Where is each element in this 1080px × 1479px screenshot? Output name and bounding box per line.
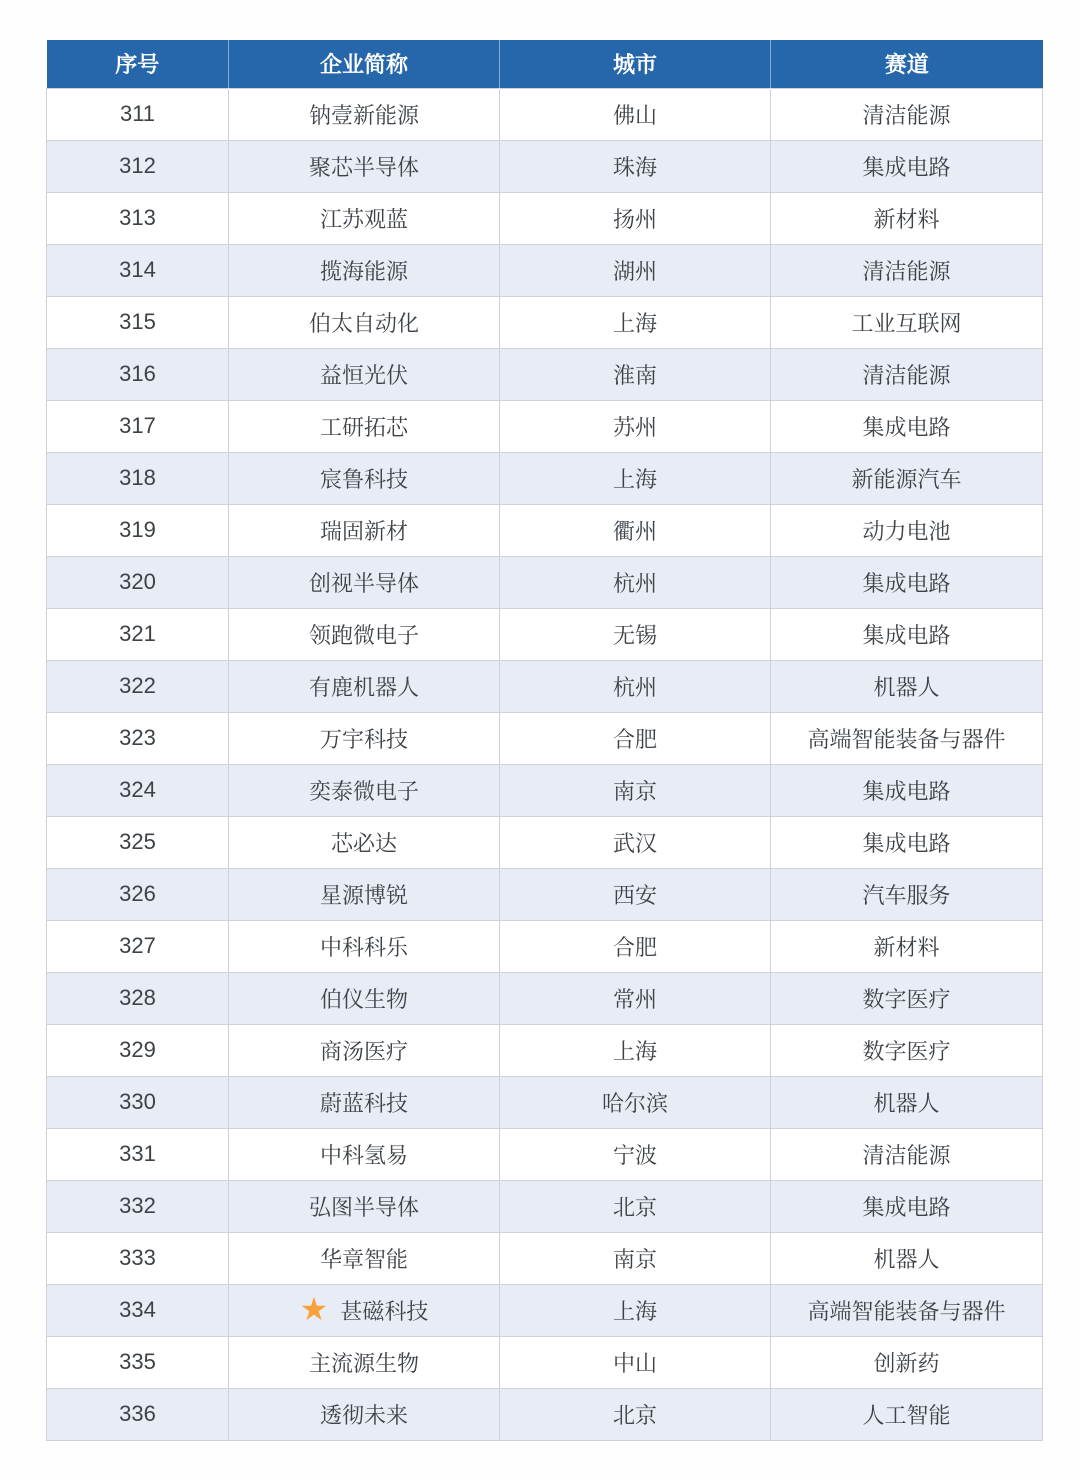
cell-city: 无锡 <box>500 608 771 660</box>
cell-city: 扬州 <box>500 192 771 244</box>
company-name: 中科科乐 <box>320 931 408 962</box>
table-row: 317 工研拓芯 苏州 集成电路 <box>47 400 1043 452</box>
cell-company: 工研拓芯 <box>229 400 500 452</box>
company-name: 聚芯半导体 <box>309 151 419 182</box>
cell-track: 机器人 <box>771 1076 1043 1128</box>
company-name: 商汤医疗 <box>320 1035 408 1066</box>
table-body: 311 钠壹新能源 佛山 清洁能源 312 聚芯半导体 珠海 集成电路 313 … <box>47 88 1043 1440</box>
cell-no: 317 <box>47 400 229 452</box>
cell-track: 工业互联网 <box>771 296 1043 348</box>
cell-city: 上海 <box>500 1024 771 1076</box>
cell-company: 揽海能源 <box>229 244 500 296</box>
table-row: 335 主流源生物 中山 创新药 <box>47 1336 1043 1388</box>
company-name: 创视半导体 <box>309 567 419 598</box>
company-name: 钠壹新能源 <box>309 99 419 130</box>
cell-city: 佛山 <box>500 88 771 140</box>
company-name: 中科氢易 <box>320 1139 408 1170</box>
cell-no: 325 <box>47 816 229 868</box>
cell-city: 哈尔滨 <box>500 1076 771 1128</box>
cell-company: 星源博锐 <box>229 868 500 920</box>
company-name: 万宇科技 <box>320 723 408 754</box>
company-name: 芯必达 <box>331 827 397 858</box>
cell-city: 南京 <box>500 764 771 816</box>
company-name: 弘图半导体 <box>309 1191 419 1222</box>
cell-no: 321 <box>47 608 229 660</box>
table-row: 321 领跑微电子 无锡 集成电路 <box>47 608 1043 660</box>
header-company: 企业简称 <box>229 40 500 88</box>
cell-track: 创新药 <box>771 1336 1043 1388</box>
cell-no: 326 <box>47 868 229 920</box>
cell-city: 珠海 <box>500 140 771 192</box>
table-row: 324 奕泰微电子 南京 集成电路 <box>47 764 1043 816</box>
cell-company: 主流源生物 <box>229 1336 500 1388</box>
company-name: 有鹿机器人 <box>309 671 419 702</box>
cell-company: 瑞固新材 <box>229 504 500 556</box>
cell-track: 动力电池 <box>771 504 1043 556</box>
cell-city: 南京 <box>500 1232 771 1284</box>
cell-company: 中科科乐 <box>229 920 500 972</box>
cell-no: 332 <box>47 1180 229 1232</box>
table-row: 314 揽海能源 湖州 清洁能源 <box>47 244 1043 296</box>
company-name: 瑞固新材 <box>320 515 408 546</box>
cell-city: 上海 <box>500 296 771 348</box>
cell-city: 上海 <box>500 452 771 504</box>
company-name: 益恒光伏 <box>320 359 408 390</box>
table-header: 序号 企业简称 城市 赛道 <box>47 40 1043 88</box>
cell-no: 318 <box>47 452 229 504</box>
table-row: 313 江苏观蓝 扬州 新材料 <box>47 192 1043 244</box>
cell-city: 北京 <box>500 1180 771 1232</box>
cell-no: 320 <box>47 556 229 608</box>
cell-track: 集成电路 <box>771 1180 1043 1232</box>
star-icon: ★ <box>300 1293 329 1325</box>
cell-no: 329 <box>47 1024 229 1076</box>
cell-company: 益恒光伏 <box>229 348 500 400</box>
cell-no: 335 <box>47 1336 229 1388</box>
cell-company: 弘图半导体 <box>229 1180 500 1232</box>
cell-city: 杭州 <box>500 556 771 608</box>
cell-no: 313 <box>47 192 229 244</box>
cell-track: 清洁能源 <box>771 1128 1043 1180</box>
company-name: 透彻未来 <box>320 1399 408 1430</box>
cell-track: 集成电路 <box>771 400 1043 452</box>
cell-city: 宁波 <box>500 1128 771 1180</box>
table-row: 319 瑞固新材 衢州 动力电池 <box>47 504 1043 556</box>
cell-track: 高端智能装备与器件 <box>771 1284 1043 1336</box>
company-name: 主流源生物 <box>309 1347 419 1378</box>
page: 序号 企业简称 城市 赛道 311 钠壹新能源 佛山 清洁能源 312 聚芯半导… <box>0 0 1080 1479</box>
cell-no: 330 <box>47 1076 229 1128</box>
cell-city: 北京 <box>500 1388 771 1440</box>
table-row: 311 钠壹新能源 佛山 清洁能源 <box>47 88 1043 140</box>
table-row: 315 伯太自动化 上海 工业互联网 <box>47 296 1043 348</box>
table-row: 328 伯仪生物 常州 数字医疗 <box>47 972 1043 1024</box>
table-row: 334 ★ 甚磁科技 上海 高端智能装备与器件 <box>47 1284 1043 1336</box>
cell-company: 宸鲁科技 <box>229 452 500 504</box>
cell-company: 创视半导体 <box>229 556 500 608</box>
cell-city: 合肥 <box>500 920 771 972</box>
company-name: 奕泰微电子 <box>309 775 419 806</box>
cell-company: 伯太自动化 <box>229 296 500 348</box>
cell-company: ★ 甚磁科技 <box>229 1284 500 1336</box>
cell-track: 集成电路 <box>771 608 1043 660</box>
table-row: 312 聚芯半导体 珠海 集成电路 <box>47 140 1043 192</box>
table-row: 329 商汤医疗 上海 数字医疗 <box>47 1024 1043 1076</box>
table-row: 330 蔚蓝科技 哈尔滨 机器人 <box>47 1076 1043 1128</box>
company-name: 甚磁科技 <box>340 1295 428 1326</box>
cell-company: 华章智能 <box>229 1232 500 1284</box>
cell-city: 西安 <box>500 868 771 920</box>
cell-no: 323 <box>47 712 229 764</box>
cell-track: 集成电路 <box>771 556 1043 608</box>
table-row: 333 华章智能 南京 机器人 <box>47 1232 1043 1284</box>
cell-city: 杭州 <box>500 660 771 712</box>
company-name: 揽海能源 <box>320 255 408 286</box>
cell-track: 清洁能源 <box>771 348 1043 400</box>
cell-no: 334 <box>47 1284 229 1336</box>
cell-city: 武汉 <box>500 816 771 868</box>
cell-company: 蔚蓝科技 <box>229 1076 500 1128</box>
cell-city: 合肥 <box>500 712 771 764</box>
cell-company: 聚芯半导体 <box>229 140 500 192</box>
header-track: 赛道 <box>771 40 1043 88</box>
cell-company: 有鹿机器人 <box>229 660 500 712</box>
cell-city: 苏州 <box>500 400 771 452</box>
table-row: 332 弘图半导体 北京 集成电路 <box>47 1180 1043 1232</box>
table-row: 322 有鹿机器人 杭州 机器人 <box>47 660 1043 712</box>
cell-no: 316 <box>47 348 229 400</box>
cell-no: 322 <box>47 660 229 712</box>
cell-track: 新能源汽车 <box>771 452 1043 504</box>
cell-company: 领跑微电子 <box>229 608 500 660</box>
table-row: 331 中科氢易 宁波 清洁能源 <box>47 1128 1043 1180</box>
cell-track: 新材料 <box>771 192 1043 244</box>
cell-track: 集成电路 <box>771 140 1043 192</box>
cell-company: 芯必达 <box>229 816 500 868</box>
company-name: 江苏观蓝 <box>320 203 408 234</box>
cell-no: 328 <box>47 972 229 1024</box>
cell-track: 机器人 <box>771 660 1043 712</box>
cell-no: 333 <box>47 1232 229 1284</box>
company-name: 伯仪生物 <box>320 983 408 1014</box>
header-row: 序号 企业简称 城市 赛道 <box>47 40 1043 88</box>
cell-city: 淮南 <box>500 348 771 400</box>
cell-track: 数字医疗 <box>771 1024 1043 1076</box>
cell-company: 伯仪生物 <box>229 972 500 1024</box>
table-row: 326 星源博锐 西安 汽车服务 <box>47 868 1043 920</box>
table-row: 325 芯必达 武汉 集成电路 <box>47 816 1043 868</box>
cell-track: 汽车服务 <box>771 868 1043 920</box>
cell-city: 上海 <box>500 1284 771 1336</box>
company-table: 序号 企业简称 城市 赛道 311 钠壹新能源 佛山 清洁能源 312 聚芯半导… <box>46 40 1043 1441</box>
cell-city: 中山 <box>500 1336 771 1388</box>
table-row: 320 创视半导体 杭州 集成电路 <box>47 556 1043 608</box>
cell-track: 清洁能源 <box>771 244 1043 296</box>
company-name: 华章智能 <box>320 1243 408 1274</box>
cell-no: 311 <box>47 88 229 140</box>
table-row: 316 益恒光伏 淮南 清洁能源 <box>47 348 1043 400</box>
cell-no: 319 <box>47 504 229 556</box>
cell-no: 314 <box>47 244 229 296</box>
cell-track: 机器人 <box>771 1232 1043 1284</box>
table-row: 336 透彻未来 北京 人工智能 <box>47 1388 1043 1440</box>
cell-company: 奕泰微电子 <box>229 764 500 816</box>
cell-no: 336 <box>47 1388 229 1440</box>
company-name: 宸鲁科技 <box>320 463 408 494</box>
table-row: 327 中科科乐 合肥 新材料 <box>47 920 1043 972</box>
cell-company: 商汤医疗 <box>229 1024 500 1076</box>
cell-company: 透彻未来 <box>229 1388 500 1440</box>
company-name: 领跑微电子 <box>309 619 419 650</box>
cell-track: 高端智能装备与器件 <box>771 712 1043 764</box>
cell-track: 人工智能 <box>771 1388 1043 1440</box>
cell-no: 312 <box>47 140 229 192</box>
cell-company: 万宇科技 <box>229 712 500 764</box>
cell-no: 324 <box>47 764 229 816</box>
company-name: 伯太自动化 <box>309 307 419 338</box>
cell-no: 327 <box>47 920 229 972</box>
cell-company: 江苏观蓝 <box>229 192 500 244</box>
table-row: 323 万宇科技 合肥 高端智能装备与器件 <box>47 712 1043 764</box>
cell-city: 衢州 <box>500 504 771 556</box>
header-city: 城市 <box>500 40 771 88</box>
cell-city: 湖州 <box>500 244 771 296</box>
cell-no: 315 <box>47 296 229 348</box>
cell-track: 集成电路 <box>771 764 1043 816</box>
cell-track: 新材料 <box>771 920 1043 972</box>
cell-company: 钠壹新能源 <box>229 88 500 140</box>
cell-track: 集成电路 <box>771 816 1043 868</box>
cell-no: 331 <box>47 1128 229 1180</box>
cell-company: 中科氢易 <box>229 1128 500 1180</box>
company-name: 蔚蓝科技 <box>320 1087 408 1118</box>
cell-track: 清洁能源 <box>771 88 1043 140</box>
cell-track: 数字医疗 <box>771 972 1043 1024</box>
company-name: 星源博锐 <box>320 879 408 910</box>
cell-city: 常州 <box>500 972 771 1024</box>
company-name: 工研拓芯 <box>320 411 408 442</box>
header-no: 序号 <box>47 40 229 88</box>
table-row: 318 宸鲁科技 上海 新能源汽车 <box>47 452 1043 504</box>
